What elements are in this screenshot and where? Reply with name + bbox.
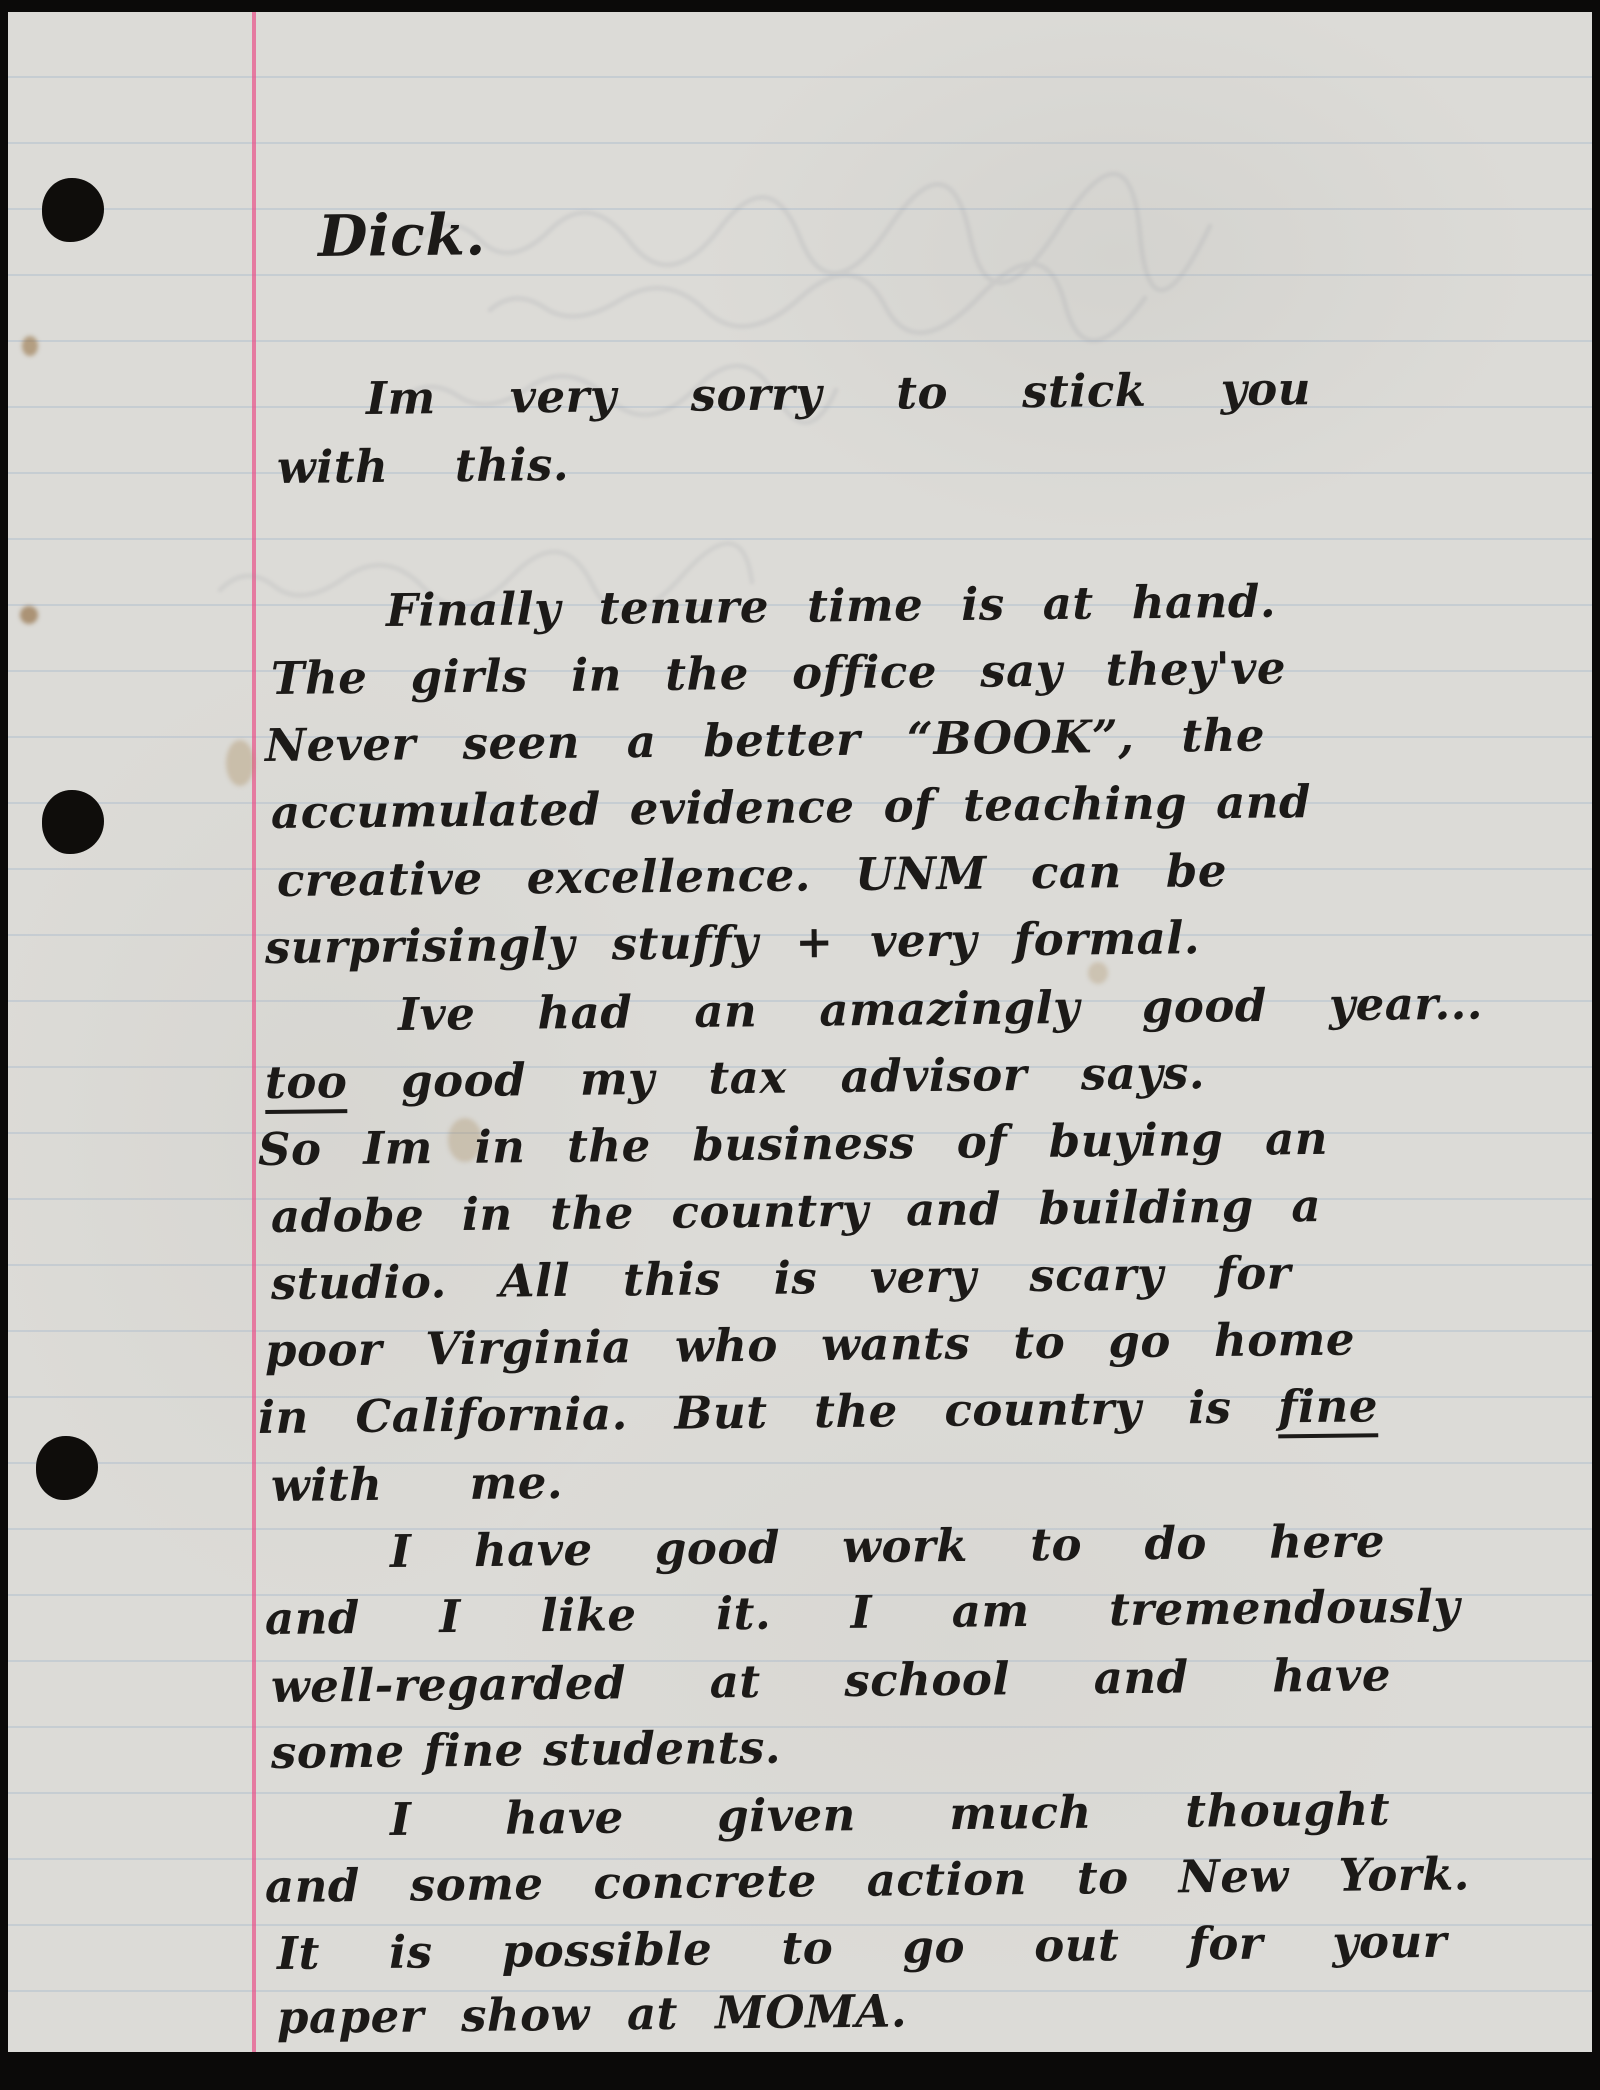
- letter-line: So Im in the business of buying an: [258, 1108, 1329, 1181]
- letter-line: too good my tax advisor says.: [265, 1042, 1206, 1114]
- stain: [226, 740, 254, 786]
- letter-line: I have given much thought: [390, 1779, 1391, 1851]
- underlined-word: fine: [1278, 1379, 1378, 1438]
- letter-line: It is possible to go out for your: [277, 1911, 1448, 1985]
- letter-line: Finally tenure time is at hand.: [386, 571, 1277, 642]
- letter-line: creative excellence. UNM can be: [277, 840, 1228, 912]
- letter-line: I have good work to do here: [390, 1511, 1386, 1583]
- letter-line: with me.: [271, 1452, 564, 1517]
- letter-line: adobe in the country and building a: [271, 1175, 1322, 1248]
- letter-line: some fine students.: [271, 1717, 782, 1784]
- letter-line: Im very sorry to stick you: [366, 358, 1312, 430]
- letter-line: Never seen a better “BOOK”, the: [265, 705, 1266, 777]
- letter-line: paper show at MOMA.: [277, 1980, 908, 2049]
- line-text: in California. But the country is: [258, 1380, 1279, 1444]
- letter-line: surprisingly stuffy + very formal.: [265, 907, 1201, 979]
- letter-line: studio. All this is very scary for: [271, 1242, 1292, 1315]
- letter-line: in California. But the country is fine: [258, 1375, 1379, 1449]
- margin-line: [252, 12, 256, 2052]
- line-text: good my tax advisor says.: [347, 1046, 1205, 1108]
- letter-line: poor Virginia who wants to go home: [265, 1309, 1356, 1382]
- stain: [20, 606, 38, 624]
- letter-line: with this.: [277, 434, 570, 499]
- letter-line: accumulated evidence of teaching and: [271, 771, 1312, 844]
- letter-line: and some concrete action to New York.: [265, 1843, 1471, 1918]
- stain: [22, 336, 38, 356]
- letter-line: The girls in the office say they've: [271, 637, 1287, 710]
- scanned-letter-page: Dick. Im very sorry to stick you with th…: [0, 0, 1600, 2090]
- letter-line: and I like it. I am tremendously: [265, 1575, 1461, 1650]
- underlined-word: too: [265, 1055, 348, 1114]
- letter-line: well-regarded at school and have: [271, 1644, 1392, 1718]
- letter-line: Ive had an amazingly good year...: [398, 973, 1484, 1046]
- salutation-line: Dick.: [318, 204, 486, 268]
